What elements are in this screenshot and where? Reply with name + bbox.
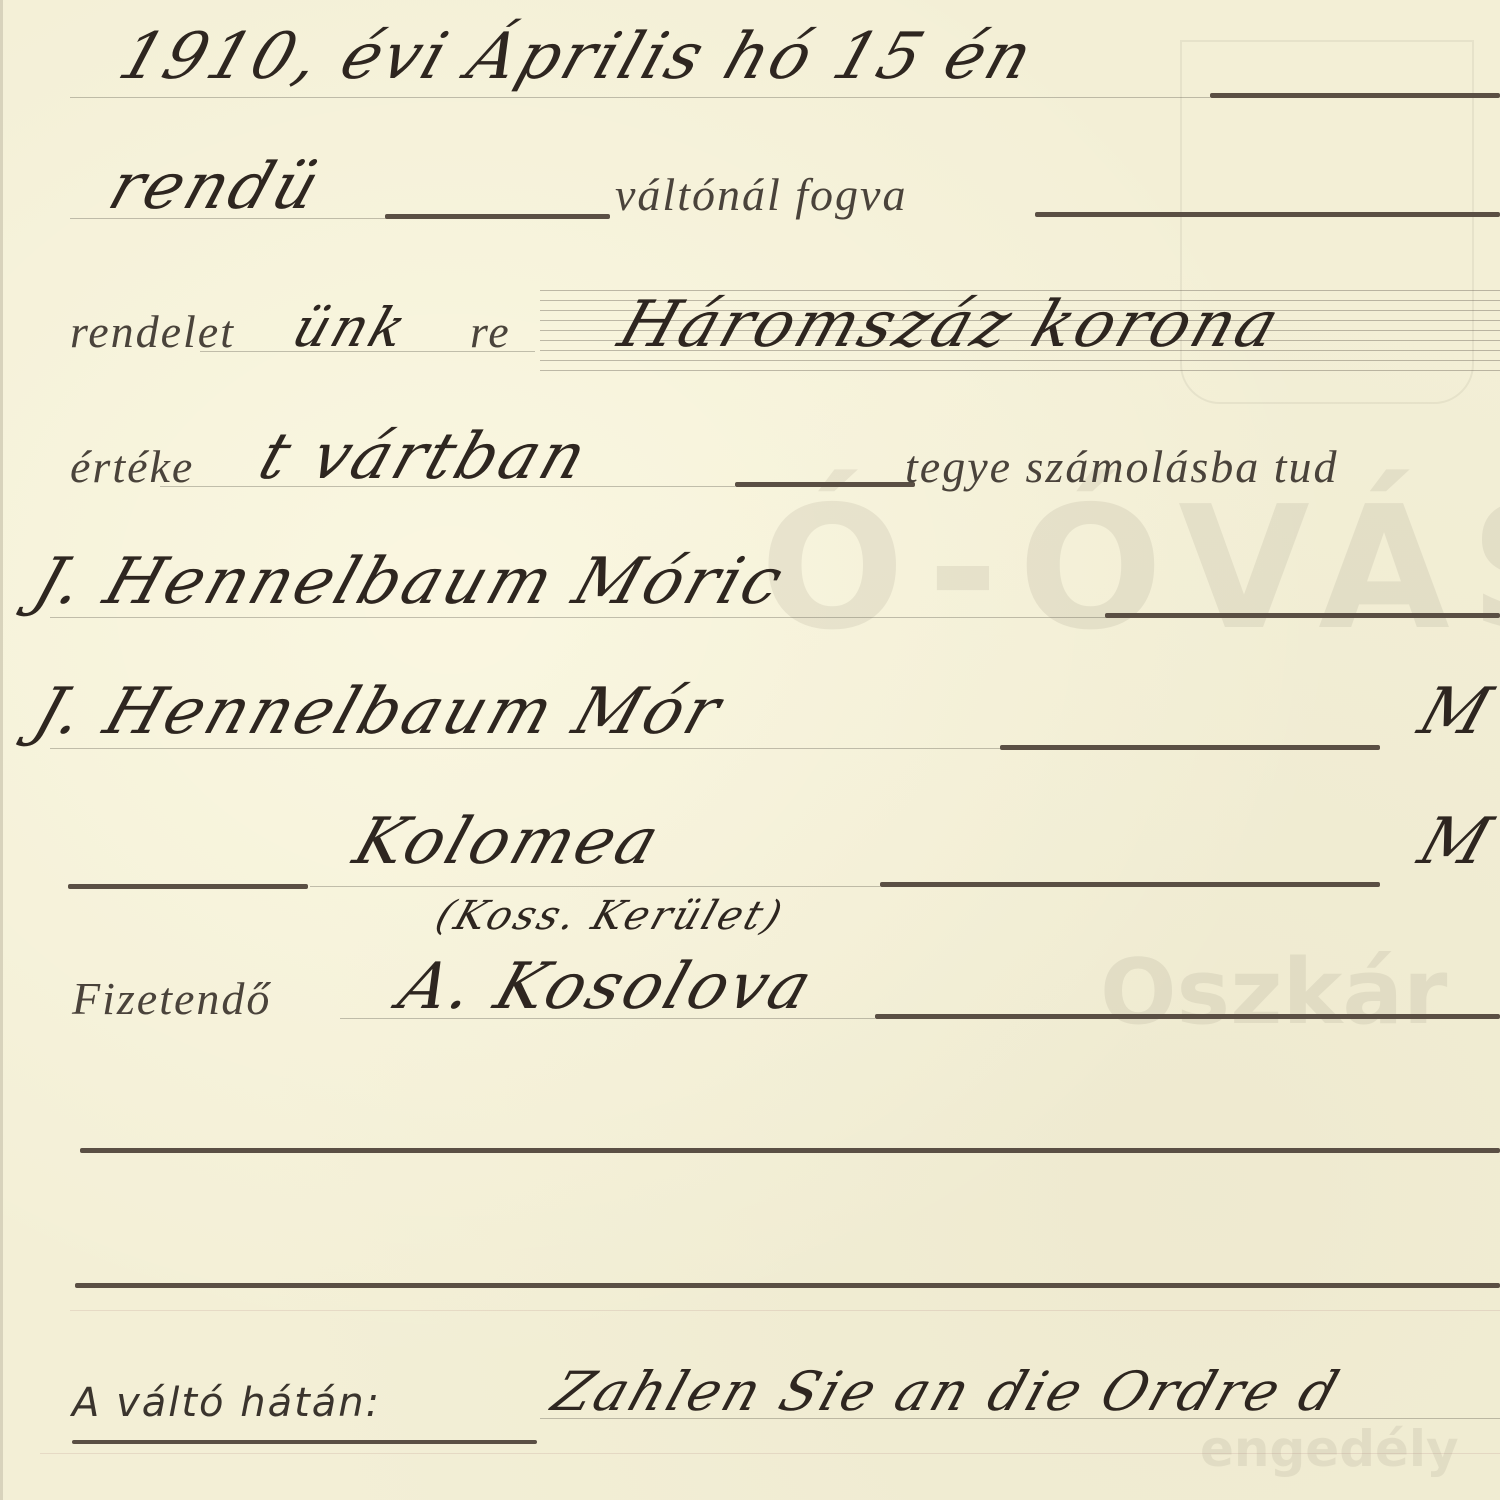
fill-line [1000, 745, 1380, 750]
fill-line [1210, 93, 1500, 98]
drawer-entry: rendü [100, 150, 331, 224]
order-entry: ünk [285, 296, 417, 359]
endorsement-entry: Zahlen Sie an die Ordre d [545, 1360, 1349, 1423]
page-edge [0, 0, 3, 1500]
name-entry-1: J. Hennelbaum Móric [25, 545, 794, 619]
label-tegye-szamolasba: tegye számolásba tud [905, 440, 1339, 493]
watermark-bottom: engedély [1200, 1420, 1459, 1478]
fill-line [72, 1440, 537, 1444]
fill-line [1035, 212, 1500, 217]
label-fizetendo: Fizetendő [72, 972, 271, 1025]
watermark-large: Ó-ÓVÁS [760, 470, 1500, 668]
fill-line [880, 882, 1380, 887]
place-entry: Kolomea [345, 805, 670, 879]
value-entry: t vártban [250, 420, 598, 494]
name-entry-2: J. Hennelbaum Mór [25, 675, 732, 749]
guide-line [40, 1453, 1500, 1454]
amount-staff-line [540, 370, 1500, 371]
guide-line [160, 486, 735, 487]
date-entry: 1910, évi Április hó 15 én [110, 20, 1044, 94]
fill-line [735, 482, 915, 487]
blank-fill-line [75, 1283, 1500, 1288]
name-entry-2-right: M [1410, 675, 1500, 749]
payable-note: (Koss. Kerület) [430, 893, 790, 939]
guide-line [540, 1418, 1500, 1419]
guide-line [200, 351, 535, 352]
fill-line [875, 1014, 1500, 1019]
fill-line [385, 214, 610, 219]
fill-line [1105, 613, 1500, 618]
guide-line [340, 1018, 875, 1019]
label-a-valto-hatan: A váltó hátán: [72, 1380, 381, 1426]
guide-line [310, 886, 880, 887]
amount-in-words: Háromszáz korona [610, 288, 1290, 362]
payable-entry: A. Kosolova [390, 950, 823, 1024]
fill-line [68, 884, 308, 889]
label-valtonal-fogva: váltónál fogva [615, 168, 907, 221]
place-entry-right: M [1410, 805, 1500, 879]
guide-line [70, 97, 1210, 98]
watermark-middle: Oszkár [1100, 940, 1447, 1045]
guide-line [70, 1310, 1500, 1311]
blank-fill-line [80, 1148, 1500, 1153]
